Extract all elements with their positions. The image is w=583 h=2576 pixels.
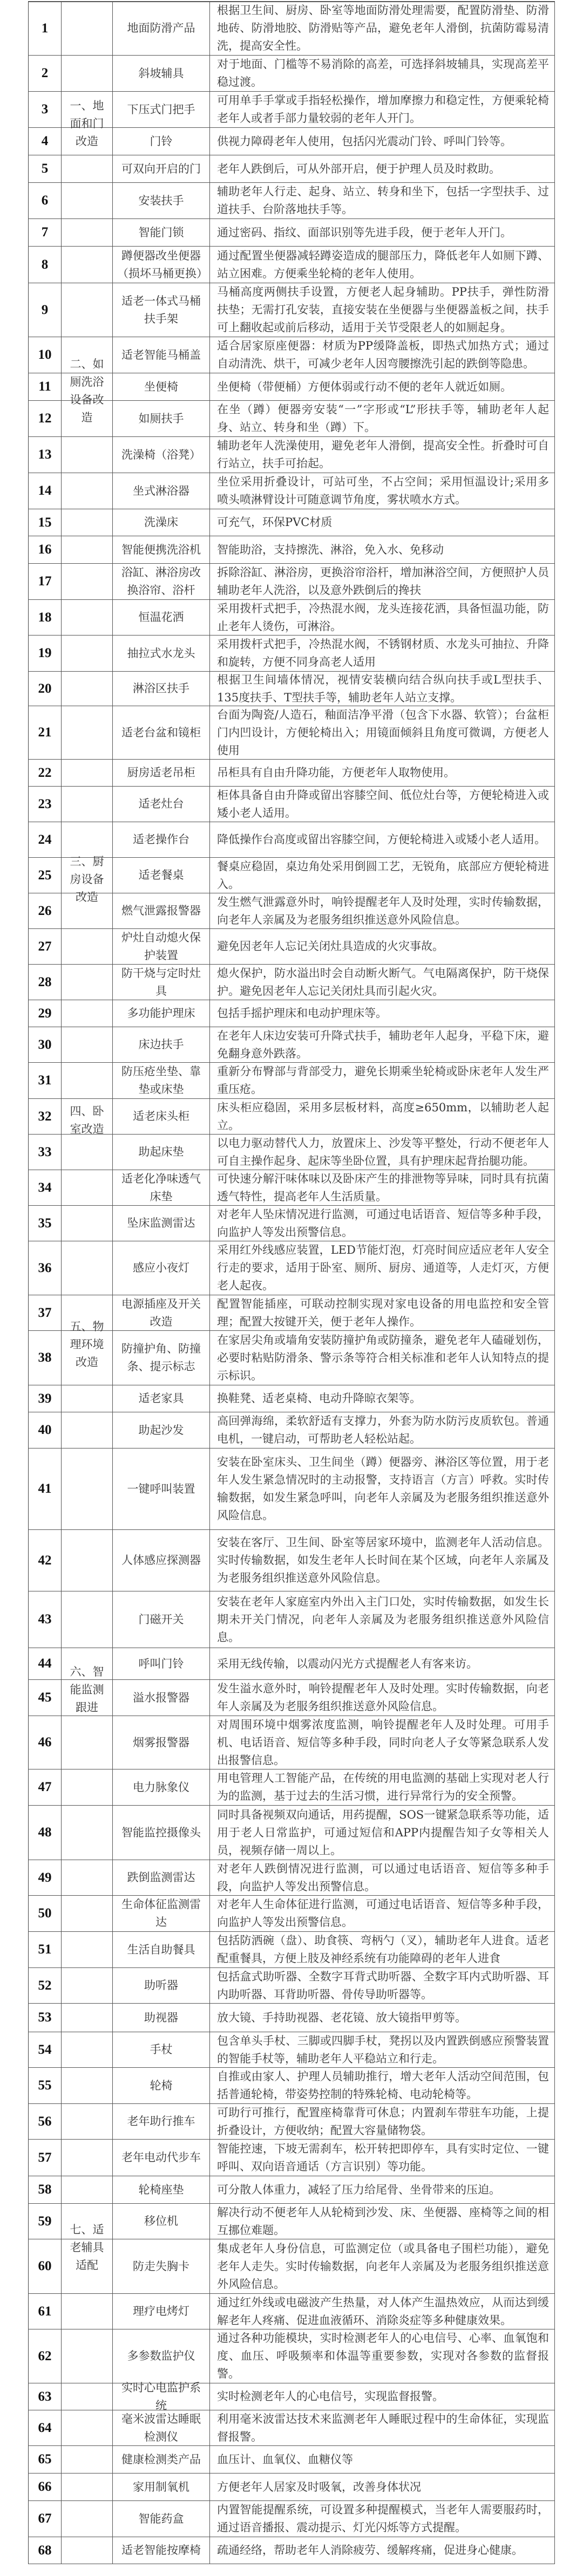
product-name: 适老床头柜 (112, 1099, 210, 1134)
product-name-text: 智能监控摄像头 (121, 1824, 201, 1842)
row-number: 13 (28, 437, 62, 473)
product-description: 智能控速，下坡无需刹车，松开转把即停车，具有实时定位、一键呼叫、双向语音通话（方… (210, 2140, 555, 2176)
row-number: 5 (28, 155, 62, 182)
product-description: 安装在客厅、卫生间、卧室等居家环境中，监测老年人活动信息。实时传输数据，如发生老… (210, 1530, 555, 1591)
product-description-text: 在坐（蹲）便器旁安装“一”字形或“L”形扶手等，辅助老年人起身、站立、转身和坐（… (217, 401, 549, 436)
product-name-text: 适老智能马桶盖 (121, 346, 201, 364)
product-description-text: 对老年人坠床情况进行监测，可通过电话语音、短信等多种手段，向监护人等发出预警信息… (217, 1206, 549, 1241)
row-number: 10 (28, 337, 62, 373)
row-number: 12 (28, 401, 62, 436)
product-description-text: 采用无线传输，以震动闪光方式提醒老人有客来访。 (217, 1655, 478, 1673)
category-group-cell: 四、卧室改造 (62, 1000, 112, 1241)
product-description-text: 可助行可推行，配置座椅靠背可休息；内置刹车带驻车功能，上提折叠设计，方便收纳；配… (217, 2104, 549, 2140)
product-name-text: 防撞护角、防撞条、提示标志 (117, 1340, 205, 1376)
product-name: 烟雾报警器 (112, 1716, 210, 1769)
product-name: 溢水报警器 (112, 1680, 210, 1716)
product-name-text: 坠床监测雷达 (127, 1214, 195, 1232)
product-name: 坐便椅 (112, 373, 210, 400)
product-name: 智能便携洗浴机 (112, 536, 210, 563)
row-number: 39 (28, 1385, 62, 1412)
row-number: 34 (28, 1170, 62, 1205)
product-description: 通过红外线或电磁波产生热量，对人体产生温热效应，从而达到缓解老年人疼痛、促进血液… (210, 2294, 555, 2329)
category-label: 一、地面和门改造 (67, 97, 107, 151)
product-name: 洗澡床 (112, 509, 210, 536)
product-description-text: 台面为陶瓷/人造石，釉面洁净平滑（包含下水器、软管）；台盆柜门内凹设计，方便轮椅… (217, 706, 549, 760)
row-number: 48 (28, 1806, 62, 1860)
product-name-text: 抽拉式水龙头 (127, 645, 195, 662)
row-number: 63 (28, 2383, 62, 2410)
product-description-text: 对老年人生命体征进行监测，可通过电话语音、短信等多种手段，向监护人等发出预警信息… (217, 1896, 549, 1931)
product-name-text: 燃气泄露报警器 (121, 902, 201, 920)
product-description-text: 智能助浴，支持擦洗、淋浴，免入水、免移动 (217, 541, 444, 559)
product-description-text: 根据卫生间、厨房、卧室等地面防滑处理需要，配置防滑垫、防滑地砖、防滑地胶、防滑贴… (217, 2, 549, 55)
product-description-text: 对周围环境中烟雾浓度监测，响铃提醒老年人及时处理。可用手机、电话语音、短信等多种… (217, 1716, 549, 1769)
product-description: 安装在老年人家庭室内外出入主门口处，实时传输数据，如发生长期未开关门情况，向老年… (210, 1591, 555, 1648)
product-name: 斜坡辅具 (112, 56, 210, 91)
row-number: 41 (28, 1448, 62, 1529)
product-name: 移位机 (112, 2204, 210, 2239)
product-description-text: 配置智能插座，可联动控制实现对家电设备的用电监控和安全管理；配置大按键开关，便于… (217, 1295, 549, 1331)
product-name-text: 适老一体式马桶扶手架 (117, 292, 205, 328)
product-name-text: 助起沙发 (139, 1422, 184, 1439)
product-name: 适老台盆和镜柜 (112, 706, 210, 759)
product-name: 实时心电监护系统 (112, 2383, 210, 2410)
product-description-text: 放大镜、手持助视器、老花镜、放大镜指甲剪等。 (217, 2009, 466, 2027)
row-number: 29 (28, 1000, 62, 1027)
product-name: 电源插座及开关改造 (112, 1295, 210, 1330)
product-name-text: 感应小夜灯 (133, 1259, 189, 1277)
product-description: 高回弹海绵，柔软舒适有支撑力，外套为防水防污皮质软包。普通电机，一键启动，可帮助… (210, 1412, 555, 1448)
product-description-text: 安装在老年人家庭室内外出入主门口处，实时传输数据，如发生长期未开关门情况，向老年… (217, 1593, 549, 1646)
product-description-text: 通过密码、指纹、面部识别等先进手段，便于老年人开门。 (217, 224, 512, 242)
row-number: 20 (28, 672, 62, 706)
product-name: 适老智能马桶盖 (112, 337, 210, 373)
product-description: 降低操作台高度或留出容膝空间，方便轮椅进入或矮小老人适用。 (210, 822, 555, 857)
product-name: 适老智能按摩椅 (112, 2537, 210, 2564)
row-number: 33 (28, 1135, 62, 1170)
product-name: 浴缸、淋浴房改换浴帘、浴杆 (112, 564, 210, 599)
product-description: 用电管理人工智能产品，在传统的用电监测的基础上实现对老人行为的监测，基于过去的生… (210, 1769, 555, 1805)
product-description: 根据卫生间墙体情况，视情安装横向结合纵向扶手或L型扶手、135度扶手、T型扶手等… (210, 672, 555, 706)
row-number: 32 (28, 1099, 62, 1134)
product-name-text: 健康检测类产品 (121, 2451, 201, 2469)
product-name: 老年助行推车 (112, 2104, 210, 2139)
product-name-text: 浴缸、淋浴房改换浴帘、浴杆 (117, 564, 205, 599)
product-description-text: 辅助老年人洗澡使用，避免老年人滑倒，提高安全性。折叠时可自行站立，扶手可抬起。 (217, 437, 549, 473)
product-name: 坠床监测雷达 (112, 1206, 210, 1241)
product-name-text: 洗澡床 (144, 514, 178, 531)
row-number: 15 (28, 509, 62, 536)
product-description-text: 方便老年人居家及时吸氧，改善身体状况 (217, 2478, 421, 2496)
product-name-text: 适老智能按摩椅 (121, 2541, 201, 2559)
product-name: 防撞护角、防撞条、提示标志 (112, 1331, 210, 1385)
row-number: 45 (28, 1680, 62, 1716)
product-name: 下压式门把手 (112, 92, 210, 127)
product-name-text: 坐式淋浴器 (133, 482, 189, 500)
product-description: 辅助老年人洗澡使用，避免老年人滑倒，提高安全性。折叠时可自行站立，扶手可抬起。 (210, 437, 555, 473)
row-number: 47 (28, 1769, 62, 1805)
product-name: 轮椅座垫 (112, 2176, 210, 2203)
product-name: 跌倒监测雷达 (112, 1860, 210, 1895)
product-name-text: 防走失胸卡 (133, 2258, 189, 2276)
row-number: 27 (28, 929, 62, 964)
product-name: 助起床垫 (112, 1135, 210, 1170)
product-name-text: 烟雾报警器 (133, 1734, 189, 1752)
product-name: 家用制氧机 (112, 2473, 210, 2500)
product-description-text: 拆除浴缸、淋浴房，更换浴帘浴杆，增加淋浴空间，方便照护人员辅助老年人洗浴，以及意… (217, 564, 549, 599)
category-group-cell: 二、如厕洗浴设备改造 (62, 247, 112, 536)
product-description-text: 换鞋凳、适老桌椅、电动升降晾衣架等。 (217, 1390, 421, 1407)
row-number: 58 (28, 2176, 62, 2203)
product-description: 发生燃气泄露意外时，响铃提醒老年人及时处理，实时传输数据，向老年人亲属及为老服务… (210, 893, 555, 928)
category-group-cell (62, 536, 112, 760)
row-number: 16 (28, 536, 62, 563)
product-name-text: 助起床垫 (139, 1143, 184, 1161)
row-number: 59 (28, 2204, 62, 2239)
product-name-text: 斜坡辅具 (139, 65, 184, 83)
product-description-text: 高回弹海绵，柔软舒适有支撑力，外套为防水防污皮质软包。普通电机，一键启动，可帮助… (217, 1412, 549, 1448)
product-description: 智能助浴，支持擦洗、淋浴，免入水、免移动 (210, 536, 555, 563)
row-number: 64 (28, 2410, 62, 2445)
product-name-text: 移位机 (144, 2212, 178, 2230)
row-number: 66 (28, 2473, 62, 2500)
product-description: 疏通经络，帮助老年人消除疲劳、缓解疼痛，促进身心健康。 (210, 2537, 555, 2564)
product-description: 可用单手手掌或手指轻松操作，增加摩擦力和稳定性，方便乘轮椅老年人或者手部力量较弱… (210, 92, 555, 127)
product-name-text: 呼叫门铃 (139, 1655, 184, 1673)
product-name: 适老餐桌 (112, 858, 210, 893)
row-number: 37 (28, 1295, 62, 1330)
product-name-text: 助视器 (144, 2009, 178, 2027)
row-number: 11 (28, 373, 62, 400)
product-description-text: 用电管理人工智能产品，在传统的用电监测的基础上实现对老人行为的监测，基于过去的生… (217, 1769, 549, 1805)
product-description-text: 可快速分解汗味体味以及卧床产生的排泄物等异味，同时具有抗菌透气特性，提高老年人生… (217, 1170, 549, 1206)
product-name: 生命体征监测雷达 (112, 1896, 210, 1931)
product-name: 安装扶手 (112, 183, 210, 218)
product-name: 适老灶台 (112, 787, 210, 822)
product-description-text: 供视力障碍老年人使用，包括闪光震动门铃、呼叫门铃等。 (217, 133, 512, 151)
product-description-text: 对老年人跌倒情况进行监测，可以通过电话语音、短信等多种手段，向监护人等发出预警信… (217, 1860, 549, 1896)
product-name-text: 淋浴区扶手 (133, 680, 189, 698)
product-name: 感应小夜灯 (112, 1241, 210, 1295)
product-name: 门磁开关 (112, 1591, 210, 1648)
row-number: 2 (28, 56, 62, 91)
product-description: 可快速分解汗味体味以及卧床产生的排泄物等异味，同时具有抗菌透气特性，提高老年人生… (210, 1170, 555, 1205)
product-name-text: 适老操作台 (133, 831, 189, 849)
product-name: 助听器 (112, 1968, 210, 2003)
product-description-text: 实时检测老年人的心电信号，实现监督报警。 (217, 2388, 444, 2406)
product-description-text: 包括防洒碗（盘）、助食筷、弯柄勺（叉），辅助老年人进食。适老配重餐具，方便上肢及… (217, 1932, 549, 1967)
product-name-text: 电源插座及开关改造 (117, 1295, 205, 1331)
row-number: 51 (28, 1932, 62, 1967)
product-name-text: 适老台盆和镜柜 (121, 724, 201, 742)
product-description-text: 在家居尖角或墙角安装防撞护角或防撞条，避免老年人磕碰划伤，必要时粘贴防滑条、警示… (217, 1331, 549, 1385)
product-description-text: 采用拨杆式把手，冷热混水阀，龙头连接花洒，具备恒温功能，防止老年人烫伤，可淋浴。 (217, 600, 549, 636)
product-description: 避免因老年人忘记关闭灶具造成的火灾事故。 (210, 929, 555, 964)
product-description-text: 血压计、血氧仪、血糖仪等 (217, 2451, 353, 2469)
product-description-text: 柜体具备自由升降或留出容膝空间、低位灶台等，方便轮椅进入或矮小老人适用。 (217, 787, 549, 822)
product-name-text: 适老家具 (139, 1390, 184, 1407)
row-number: 42 (28, 1530, 62, 1591)
product-name-text: 厨房适老吊柜 (127, 764, 195, 782)
row-number: 53 (28, 2004, 62, 2032)
product-name: 防走失胸卡 (112, 2239, 210, 2293)
product-name: 洗澡椅（浴凳） (112, 437, 210, 473)
product-name-text: 轮椅 (150, 2077, 173, 2095)
product-name-text: 轮椅座垫 (139, 2181, 184, 2199)
product-description-text: 通过红外线或电磁波产生热量，对人体产生温热效应，从而达到缓解老年人疼痛、促进血液… (217, 2294, 549, 2329)
product-description-text: 对于地面、门槛等不易消除的高差，可选择斜坡辅具，实现高差平稳过渡。 (217, 56, 549, 91)
category-group-cell: 七、适老辅具适配 (62, 1932, 112, 2564)
product-name-text: 可双向开启的门 (121, 160, 201, 178)
product-description: 吊柜具有自由升降功能，方便老年人取物使用。 (210, 760, 555, 786)
product-description-text: 发生溢水意外时，响铃提醒老年人及时处理。实时传输数据，向老年人亲属及为老服务组织… (217, 1680, 549, 1716)
category-label: 五、物理环境改造 (67, 1318, 107, 1371)
product-name-text: 适老灶台 (139, 795, 184, 813)
product-name: 手杖 (112, 2032, 210, 2067)
category-label: 二、如厕洗浴设备改造 (67, 356, 107, 427)
product-description-text: 智能控速，下坡无需刹车，松开转把即停车，具有实时定位、一键呼叫、双向语音通话（方… (217, 2140, 549, 2176)
product-name-text: 智能药盒 (139, 2510, 184, 2528)
product-name-text: 实时心电监护系统 (117, 2379, 205, 2415)
product-name-text: 地面防滑产品 (127, 19, 195, 37)
product-name: 可双向开启的门 (112, 155, 210, 182)
product-description-text: 餐桌应稳固，桌边角处采用倒圆工艺，无锐角，底部应方便轮椅进入。 (217, 858, 549, 893)
product-name-text: 安装扶手 (139, 192, 184, 210)
product-name-text: 蹲便器改坐便器（损坏马桶更换） (117, 247, 205, 283)
row-number: 26 (28, 893, 62, 928)
product-name-text: 一键呼叫装置 (127, 1480, 195, 1498)
row-number: 6 (28, 183, 62, 218)
product-description-text: 可分散人体重力，减轻了压力给尾骨、坐骨带来的压迫。 (217, 2181, 500, 2199)
product-description: 内置智能提醒系统，可设置多种提醒模式，当老年人需要服药时，通过语音播报、震动提示… (210, 2501, 555, 2537)
product-name: 炉灶自动熄火保护装置 (112, 929, 210, 964)
row-number: 17 (28, 564, 62, 599)
product-name-text: 防干烧与定时灶具 (117, 965, 205, 1000)
product-description-text: 发生燃气泄露意外时，响铃提醒老年人及时处理，实时传输数据，向老年人亲属及为老服务… (217, 893, 549, 929)
product-description-text: 内置智能提醒系统，可设置多种提醒模式，当老年人需要服药时，通过语音播报、震动提示… (217, 2501, 549, 2537)
product-description-text: 床头柜应稳固，采用多层板材料，高度≥650mm，以辅助老人起立。 (217, 1099, 549, 1135)
product-description: 根据卫生间、厨房、卧室等地面防滑处理需要，配置防滑垫、防滑地砖、防滑地胶、防滑贴… (210, 2, 555, 55)
product-description: 坐便椅（带便桶）方便体弱或行动不便的老年人就近如厕。 (210, 373, 555, 400)
product-description: 在家居尖角或墙角安装防撞护角或防撞条，避免老年人磕碰划伤，必要时粘贴防滑条、警示… (210, 1331, 555, 1385)
product-name-text: 炉灶自动熄火保护装置 (117, 929, 205, 965)
row-number: 60 (28, 2239, 62, 2293)
product-name: 电力脉象仪 (112, 1769, 210, 1805)
row-number: 68 (28, 2537, 62, 2564)
category-group-cell: 六、智能监测跟进 (62, 1448, 112, 1932)
product-description: 通过配置坐便器减轻蹲姿造成的腿部压力，降低老年人如厕下蹲、站立困难。方便乘坐轮椅… (210, 247, 555, 283)
product-description: 重新分布臀部与背部受力，避免长期乘坐轮椅或卧床老年人发生严重压疮。 (210, 1063, 555, 1098)
product-name-text: 老年电动代步车 (121, 2149, 201, 2167)
product-name: 智能监控摄像头 (112, 1806, 210, 1860)
product-description: 利用毫米波雷达技术来监测老年人睡眠过程中的生命体征，实现监督报警。 (210, 2410, 555, 2445)
product-description: 同时具备视频双向通话，用药提醒，SOS一键紧急联系等功能，适用于老人日常监护，可… (210, 1806, 555, 1860)
product-description-text: 安装在客厅、卫生间、卧室等居家环境中，监测老年人活动信息。实时传输数据，如发生老… (217, 1534, 549, 1587)
row-number: 61 (28, 2294, 62, 2329)
row-number: 57 (28, 2140, 62, 2176)
product-description-text: 熄火保护，防水溢出时会自动断火断气。气电隔离保护，防干烧保护。避免因老年人忘记关… (217, 965, 549, 1000)
row-number: 14 (28, 473, 62, 509)
product-name: 如厕扶手 (112, 401, 210, 436)
product-description: 通过密码、指纹、面部识别等先进手段，便于老年人开门。 (210, 219, 555, 246)
product-description-text: 通过各种功能模块，实时检测老年人的心电信号、心率、血氧饱和度、血压、呼吸频率和体… (217, 2329, 549, 2383)
product-name-text: 防压疮坐垫、靠垫或床垫 (117, 1063, 205, 1098)
product-description-text: 重新分布臀部与背部受力，避免长期乘坐轮椅或卧床老年人发生严重压疮。 (217, 1063, 549, 1098)
product-description: 辅助老年人行走、起身、站立、转身和坐下，包括一字型扶手、过道扶手、台阶落地扶手等… (210, 183, 555, 218)
product-name: 防干烧与定时灶具 (112, 965, 210, 1000)
product-name-text: 多参数监护仪 (127, 2347, 195, 2365)
product-name-text: 门磁开关 (139, 1611, 184, 1629)
category-label: 七、适老辅具适配 (67, 2221, 107, 2274)
row-number: 46 (28, 1716, 62, 1769)
product-description: 换鞋凳、适老桌椅、电动升降晾衣架等。 (210, 1385, 555, 1412)
product-description: 可充气，环保PVC材质 (210, 509, 555, 536)
product-description: 实时检测老年人的心电信号，实现监督报警。 (210, 2383, 555, 2410)
row-number: 55 (28, 2068, 62, 2103)
product-description: 对老年人生命体征进行监测，可通过电话语音、短信等多种手段，向监护人等发出预警信息… (210, 1896, 555, 1931)
product-description: 采用无线传输，以震动闪光方式提醒老人有客来访。 (210, 1648, 555, 1679)
product-name: 门铃 (112, 128, 210, 155)
product-description: 坐位采用折叠设计，可站可坐，不占空间；采用恒温设计;采用多喷头喷淋臂设计可随意调… (210, 473, 555, 509)
product-name: 多功能护理床 (112, 1000, 210, 1027)
row-number: 62 (28, 2329, 62, 2383)
row-number: 19 (28, 636, 62, 671)
category-group-cell: 五、物理环境改造 (62, 1241, 112, 1448)
product-description: 自推或由家人、护理人员辅助推行，增大老年人活动空间范围，包括普通轮椅，带姿势控制… (210, 2068, 555, 2103)
product-description-text: 避免因老年人忘记关闭灶具造成的火灾事故。 (217, 938, 444, 955)
product-name-text: 助听器 (144, 1977, 178, 1994)
product-name: 人体感应探测器 (112, 1530, 210, 1591)
product-name: 适老家具 (112, 1385, 210, 1412)
row-number: 1 (28, 2, 62, 55)
product-name: 恒温花洒 (112, 600, 210, 635)
product-name: 助起沙发 (112, 1412, 210, 1448)
product-description: 包括手摇护理床和电动护理床等。 (210, 1000, 555, 1027)
product-name-text: 如厕扶手 (139, 410, 184, 428)
product-description: 床头柜应稳固，采用多层板材料，高度≥650mm，以辅助老人起立。 (210, 1099, 555, 1134)
product-description-text: 包含单头手杖、三脚或四脚手杖，凳拐以及内置跌倒感应预警装置的智能手杖等，辅助老年… (217, 2032, 549, 2068)
product-description-text: 吊柜具有自由升降功能，方便老年人取物使用。 (217, 764, 455, 782)
product-description: 采用拨杆式把手，冷热混水阀，不锈钢材质、水龙头可抽拉、升降和旋转，方便不同身高老… (210, 636, 555, 671)
product-name-text: 床边扶手 (139, 1036, 184, 1054)
product-name: 床边扶手 (112, 1027, 210, 1062)
product-name-text: 恒温花洒 (139, 609, 184, 626)
row-number: 56 (28, 2104, 62, 2139)
product-description-text: 包括手摇护理床和电动护理床等。 (217, 1005, 387, 1022)
product-name: 抽拉式水龙头 (112, 636, 210, 671)
row-number: 40 (28, 1412, 62, 1448)
product-description-text: 疏通经络，帮助老年人消除疲劳、缓解疼痛，促进身心健康。 (217, 2541, 523, 2559)
product-name: 厨房适老吊柜 (112, 760, 210, 786)
product-description-text: 通过配置坐便器减轻蹲姿造成的腿部压力，降低老年人如厕下蹲、站立困难。方便乘坐轮椅… (217, 247, 549, 283)
product-description-text: 同时具备视频双向通话，用药提醒，SOS一键紧急联系等功能，适用于老人日常监护，可… (217, 1806, 549, 1860)
product-description: 在老年人床边安装可升降式扶手，辅助老年人起身，平稳下床，避免翻身意外跌落。 (210, 1027, 555, 1062)
product-name-text: 理疗电烤灯 (133, 2302, 189, 2320)
product-name: 轮椅 (112, 2068, 210, 2103)
product-name-text: 适老餐桌 (139, 866, 184, 884)
category-label: 六、智能监测跟进 (67, 1663, 107, 1717)
product-description: 解决行动不便老年人从轮椅到沙发、床、坐便器、座椅等之间的相互挪位难题。 (210, 2204, 555, 2239)
row-number: 38 (28, 1331, 62, 1385)
category-group-cell: 三、厨房设备改造 (62, 760, 112, 1000)
product-name-text: 溢水报警器 (133, 1689, 189, 1707)
product-name-text: 适老床头柜 (133, 1108, 189, 1125)
product-name-text: 毫米波雷达睡眠检测仪 (117, 2410, 205, 2446)
product-description-text: 安装在卧室床头、卫生间坐（蹲）便器旁、淋浴区等位置，用于老年人发生紧急情况时的主… (217, 1453, 549, 1525)
product-description-text: 降低操作台高度或留出容膝空间，方便轮椅进入或矮小老人适用。 (217, 831, 546, 849)
product-description: 采用红外线感应装置，LED节能灯泡，灯亮时间应适应老年人安全行走的要求，适用于卧… (210, 1241, 555, 1295)
product-description-text: 可充气，环保PVC材质 (217, 514, 332, 531)
product-description: 包括防洒碗（盘）、助食筷、弯柄勺（叉），辅助老年人进食。适老配重餐具，方便上肢及… (210, 1932, 555, 1967)
product-description: 对于地面、门槛等不易消除的高差，可选择斜坡辅具，实现高差平稳过渡。 (210, 56, 555, 91)
row-number: 43 (28, 1591, 62, 1648)
product-description: 安装在卧室床头、卫生间坐（蹲）便器旁、淋浴区等位置，用于老年人发生紧急情况时的主… (210, 1448, 555, 1529)
product-description: 对老年人跌倒情况进行监测，可以通过电话语音、短信等多种手段，向监护人等发出预警信… (210, 1860, 555, 1895)
product-description: 方便老年人居家及时吸氧，改善身体状况 (210, 2473, 555, 2500)
product-description: 集成老年人身份信息，可监测定位（或具备电子围栏功能），避免老年人走失。实时传输数… (210, 2239, 555, 2293)
product-description: 以电力驱动替代人力，放置床上、沙发等平整处，行动不便老年人可自主操作起身、起床等… (210, 1135, 555, 1170)
product-name-text: 生活自助餐具 (127, 1941, 195, 1959)
product-name: 健康检测类产品 (112, 2446, 210, 2473)
row-number: 49 (28, 1860, 62, 1895)
product-description: 通过各种功能模块，实时检测老年人的心电信号、心率、血氧饱和度、血压、呼吸频率和体… (210, 2329, 555, 2383)
row-number: 23 (28, 787, 62, 822)
product-name-text: 下压式门把手 (127, 101, 195, 119)
product-name: 老年电动代步车 (112, 2140, 210, 2176)
product-name-text: 手杖 (150, 2041, 173, 2059)
product-description-text: 适合居家原座便器：材质为PP缓降盖板，即热式加热方式；通过自动清洗、烘干，可减少… (217, 337, 549, 373)
row-number: 52 (28, 1968, 62, 2003)
row-number: 24 (28, 822, 62, 857)
row-number: 65 (28, 2446, 62, 2473)
product-description-text: 采用红外线感应装置，LED节能灯泡，灯亮时间应适应老年人安全行走的要求，适用于卧… (217, 1241, 549, 1295)
product-description: 适合居家原座便器：材质为PP缓降盖板，即热式加热方式；通过自动清洗、烘干，可减少… (210, 337, 555, 373)
product-description-text: 集成老年人身份信息，可监测定位（或具备电子围栏功能），避免老年人走失。实时传输数… (217, 2240, 549, 2293)
product-description: 供视力障碍老年人使用，包括闪光震动门铃、呼叫门铃等。 (210, 128, 555, 155)
product-description: 配置智能插座，可联动控制实现对家电设备的用电监控和安全管理；配置大按键开关，便于… (210, 1295, 555, 1330)
product-description: 对老年人坠床情况进行监测，可通过电话语音、短信等多种手段，向监护人等发出预警信息… (210, 1206, 555, 1241)
product-description-text: 解决行动不便老年人从轮椅到沙发、床、坐便器、座椅等之间的相互挪位难题。 (217, 2204, 549, 2239)
product-description: 包括盒式助听器、全数字耳背式助听器、全数字耳内式助听器、耳内助听器、耳背助听器、… (210, 1968, 555, 2003)
product-description: 马桶高度两侧扶手设置，方便老人起身辅助。PP扶手，弹性防滑扶垫；无需打孔安装，直… (210, 283, 555, 337)
product-name: 坐式淋浴器 (112, 473, 210, 509)
product-description-text: 坐位采用折叠设计，可站可坐，不占空间；采用恒温设计;采用多喷头喷淋臂设计可随意调… (217, 473, 549, 509)
product-description-text: 采用拨杆式把手，冷热混水阀，不锈钢材质、水龙头可抽拉、升降和旋转，方便不同身高老… (217, 636, 549, 671)
row-number: 4 (28, 128, 62, 155)
product-name: 蹲便器改坐便器（损坏马桶更换） (112, 247, 210, 283)
product-description-text: 在老年人床边安装可升降式扶手，辅助老年人起身，平稳下床，避免翻身意外跌落。 (217, 1027, 549, 1063)
row-number: 31 (28, 1063, 62, 1098)
category-group-cell: 一、地面和门改造 (62, 2, 112, 247)
product-name: 淋浴区扶手 (112, 672, 210, 706)
product-description: 采用拨杆式把手，冷热混水阀，龙头连接花洒，具备恒温功能，防止老年人烫伤，可淋浴。 (210, 600, 555, 635)
product-name: 适老化净味透气床垫 (112, 1170, 210, 1205)
row-number: 67 (28, 2501, 62, 2537)
product-description: 柜体具备自由升降或留出容膝空间、低位灶台等，方便轮椅进入或矮小老人适用。 (210, 787, 555, 822)
product-name-text: 生命体征监测雷达 (117, 1896, 205, 1931)
product-description: 可助行可推行，配置座椅靠背可休息；内置刹车带驻车功能，上提折叠设计，方便收纳；配… (210, 2104, 555, 2139)
product-name-text: 适老化净味透气床垫 (117, 1170, 205, 1206)
product-name-text: 坐便椅 (144, 378, 178, 396)
product-name: 适老操作台 (112, 822, 210, 857)
product-name: 智能药盒 (112, 2501, 210, 2537)
product-description: 老年人跌倒后，可从外部开启，便于护理人员及时救助。 (210, 155, 555, 182)
product-name: 多参数监护仪 (112, 2329, 210, 2383)
product-name-text: 多功能护理床 (127, 1005, 195, 1022)
product-name: 智能门锁 (112, 219, 210, 246)
product-name-text: 智能门锁 (139, 224, 184, 242)
product-name: 理疗电烤灯 (112, 2294, 210, 2329)
